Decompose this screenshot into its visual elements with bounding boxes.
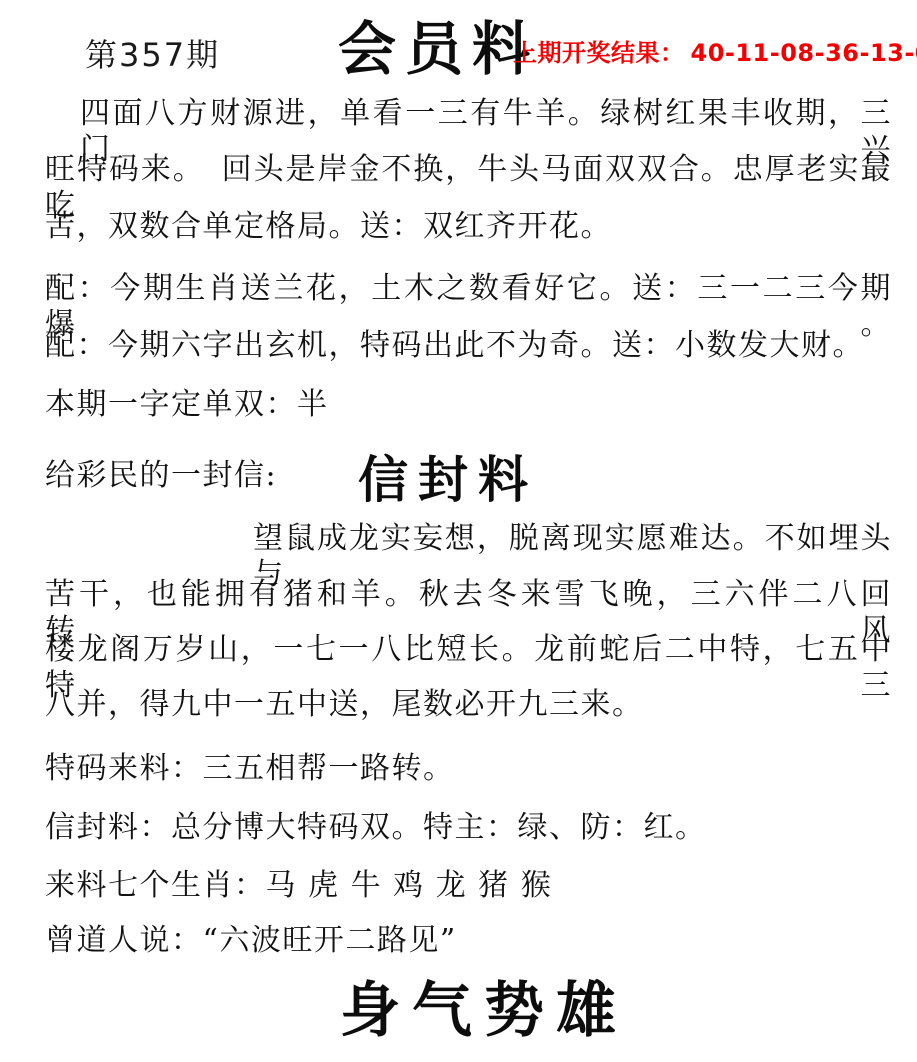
letter-section-title: 信封料 <box>358 440 538 512</box>
page-title: 会员料 <box>338 2 539 86</box>
last-draw-result: 上期开奖结果：40-11-08-36-13-03+24 <box>513 33 917 68</box>
issue-number: 第357期 <box>85 30 220 76</box>
letter-intro-label: 给彩民的一封信: <box>45 458 277 494</box>
special-code-tip: 特码来料：三五相帮一路转。 <box>45 751 455 787</box>
tip-sheet-page: 第357期 会员料 上期开奖结果：40-11-08-36-13-03+24 四面… <box>0 0 917 1062</box>
footer-phrase: 身气势雄 <box>340 963 628 1049</box>
poem-line-4: 八并，得九中一五中送，尾数必开九三来。 <box>45 687 644 723</box>
envelope-tip: 信封料：总分博大特码双。特主：绿、防：红。 <box>45 810 707 846</box>
master-quote: 曾道人说：“六波旺开二路见” <box>45 923 457 959</box>
last-draw-label: 上期开奖结果： <box>513 39 685 67</box>
member-line-3: 苦，双数合单定格局。送：双红齐开花。 <box>45 209 612 245</box>
single-double-tip: 本期一字定单双：半 <box>45 387 329 423</box>
last-draw-numbers: 40-11-08-36-13-03+24 <box>691 39 917 67</box>
member-line-5: 配：今期六字出玄机，特码出此不为奇。送：小数发大财。 <box>45 328 864 364</box>
zodiac-tip: 来料七个生肖：马 虎 牛 鸡 龙 猪 猴 <box>45 868 552 904</box>
